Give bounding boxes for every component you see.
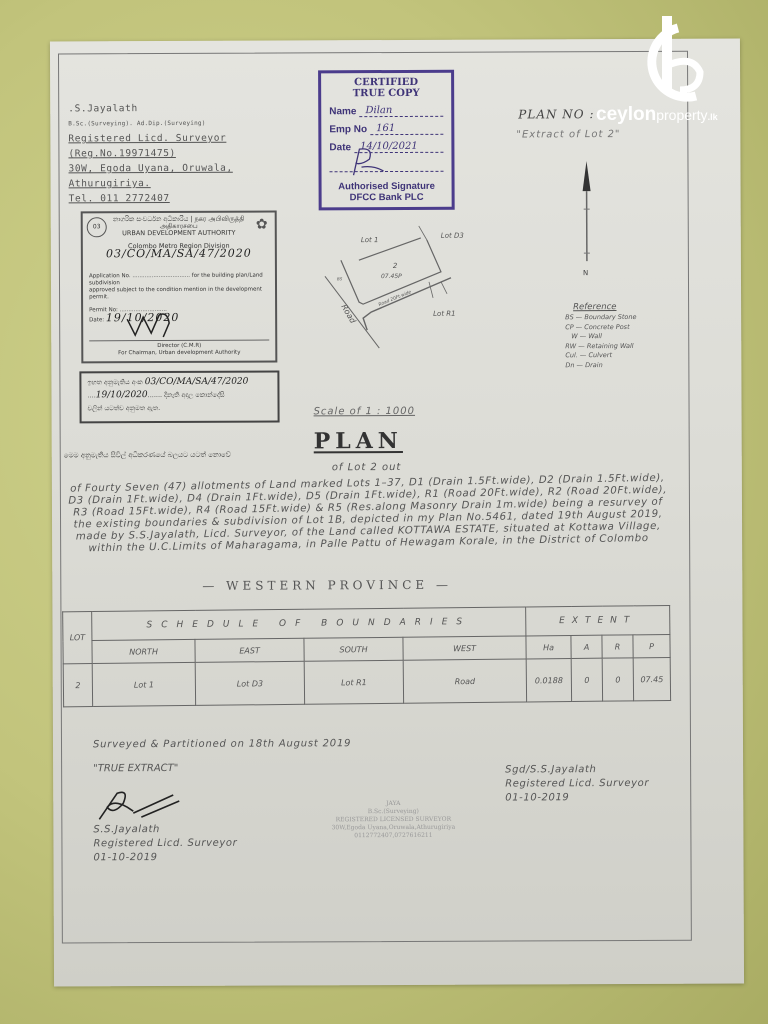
faded-stamp-line: 0112772407,0727616211 [313, 832, 473, 841]
surveyor-tel: Tel. 011 2772407 [69, 191, 233, 207]
cell-a: 0 [571, 658, 602, 701]
uda-approved-line: approved subject to the condition mentio… [89, 287, 269, 302]
approval-reference-box: ඉහත අනුමැතිය අංක 03/CO/MA/SA/47/2020 ...… [79, 371, 279, 424]
uda-date-label: Date: [89, 317, 104, 323]
col-p: P [633, 634, 670, 657]
right-signatory: Sgd/S.S.Jayalath Registered Licd. Survey… [505, 763, 649, 806]
reference-item: Dn — Drain [565, 360, 636, 370]
lot-sketch-map: Lot 1 Lot D3 2 07.45P Road Road 20Ft.wid… [301, 220, 512, 351]
cell-lot: 2 [63, 664, 92, 707]
surveyed-date: Surveyed & Partitioned on 18th August 20… [93, 738, 351, 750]
surveyor-address-line1: 30W, Egoda Uyana, Oruwala, [68, 161, 232, 177]
stamp-name-value: Dilan [359, 105, 443, 117]
col-a: A [571, 635, 602, 658]
plan-title: PLAN [314, 428, 403, 454]
sketch-lot-number: 2 [393, 262, 398, 270]
surveyor-header: .S.Jayalath B.Sc.(Surveying). Ad.Dip.(Su… [68, 101, 233, 207]
approval-line3: වලින් යටත්ව අනුමත ඇත. [88, 402, 272, 416]
stamp-emp-row: Emp No 161 [329, 123, 451, 136]
stamp-name-row: Name Dilan [329, 105, 451, 118]
reference-legend: Reference BS — Boundary Stone CP — Concr… [565, 301, 637, 370]
stamp-bank-name: DFCC Bank PLC [322, 192, 452, 204]
surveyor-signature-icon [93, 785, 183, 825]
right-signatory-date: 01-10-2019 [505, 791, 649, 806]
watermark-brand-regular: property [656, 107, 707, 123]
uda-signatory: Director (C.M.R) For Chairman, Urban dev… [89, 340, 269, 358]
approval-ref-no: 03/CO/MA/SA/47/2020 [145, 377, 249, 387]
uda-badge: 03 [87, 217, 107, 237]
col-ha: Ha [526, 635, 571, 658]
stamp-emp-label: Emp No [329, 124, 367, 135]
col-east: EAST [195, 638, 304, 662]
surveyor-reg-no: (Reg.No.19971475) [68, 146, 232, 162]
surveyor-name: .S.Jayalath [68, 101, 232, 117]
uda-emblem-icon: ✿ [253, 215, 271, 235]
cell-north: Lot 1 [92, 662, 195, 706]
scale-label: Scale of 1 : 1000 [314, 406, 416, 417]
col-north: NORTH [92, 639, 195, 663]
sinhala-disclaimer: මෙම අනුමැතිය සිවිල් අධිකරණයේ බලයට යටත් න… [64, 451, 231, 461]
approval-line2-suffix: දිනැති අදාල කොන්දේසි [164, 391, 224, 399]
col-south: SOUTH [304, 637, 403, 661]
stamp-name-label: Name [329, 106, 356, 117]
north-label: N [583, 269, 588, 277]
watermark-brand-bold: ceylon [596, 104, 656, 125]
right-signatory-name: Sgd/S.S.Jayalath [505, 763, 649, 778]
cell-r: 0 [602, 658, 633, 701]
col-r: R [602, 635, 633, 658]
boundaries-header: SCHEDULE OF BOUNDARIES [92, 607, 526, 641]
reference-title: Reference [573, 301, 636, 313]
approval-line1: ඉහත අනුමැතිය අංක 03/CO/MA/SA/47/2020 [87, 376, 271, 390]
approval-date: 19/10/2020 [96, 390, 148, 400]
survey-plan-document: .S.Jayalath B.Sc.(Surveying). Ad.Dip.(Su… [50, 38, 744, 986]
faded-surveyor-stamp: JAYA B.Sc.(Surveying) REGISTERED LICENSE… [313, 800, 473, 841]
cell-west: Road [403, 659, 526, 703]
uda-authority-name: URBAN DEVELOPMENT AUTHORITY [89, 230, 269, 238]
sketch-lot-east: Lot D3 [441, 232, 464, 240]
sketch-road-label: Road [339, 303, 358, 326]
stamp-title-line1: CERTIFIED [321, 77, 451, 89]
sketch-lot-north: Lot 1 [361, 236, 379, 244]
uda-signature-scribble-icon [123, 309, 183, 339]
left-signatory-name: S.S.Jayalath [93, 823, 237, 838]
stamp-signature-label: Authorised Signature [322, 181, 452, 193]
table-row: 2 Lot 1 Lot D3 Lot R1 Road 0.0188 0 0 07… [63, 657, 670, 706]
approval-line1-prefix: ඉහත අනුමැතිය අංක [87, 378, 142, 386]
cell-ha: 0.0188 [526, 658, 571, 701]
plan-description: of Fourty Seven (47) allotments of Land … [65, 473, 670, 556]
left-signatory-title: Registered Licd. Surveyor [93, 837, 237, 852]
uda-chairman: For Chairman, Urban development Authorit… [89, 350, 269, 358]
cell-south: Lot R1 [304, 660, 403, 704]
left-signatory: S.S.Jayalath Registered Licd. Surveyor 0… [93, 823, 237, 866]
north-arrow-icon: N [576, 159, 597, 279]
watermark-brand-tld: .lk [708, 112, 718, 122]
watermark-brand: ceylonproperty.lk [596, 104, 718, 126]
authorised-signature-scribble-icon [343, 145, 393, 177]
sketch-boundary-marker: BS [337, 276, 343, 281]
left-signatory-date: 01-10-2019 [93, 851, 237, 866]
uda-reference-number: 03/CO/MA/SA/47/2020 [89, 250, 269, 258]
certified-true-copy-stamp: CERTIFIED TRUE COPY Name Dilan Emp No 16… [318, 70, 455, 211]
province-label: — WESTERN PROVINCE — [202, 578, 452, 593]
right-signatory-title: Registered Licd. Surveyor [505, 777, 649, 792]
plan-number-label: PLAN NO : [518, 107, 594, 121]
schedule-of-boundaries-table: LOT SCHEDULE OF BOUNDARIES EXTENT NORTH … [62, 605, 671, 707]
surveyor-title: Registered Licd. Surveyor [68, 131, 232, 147]
extent-header: EXTENT [526, 605, 670, 636]
reference-item: RW — Retaining Wall [565, 341, 636, 351]
reference-item: Cul. — Culvert [565, 351, 636, 361]
reference-item: CP — Concrete Post [565, 322, 636, 332]
reference-item: BS — Boundary Stone [565, 313, 636, 323]
stamp-emp-value: 161 [370, 123, 443, 135]
surveyor-address-line2: Athurugiriya. [69, 176, 233, 192]
sketch-lot-extent: 07.45P [381, 273, 402, 280]
sketch-lot-south: Lot R1 [433, 310, 456, 318]
col-west: WEST [403, 636, 526, 660]
uda-approval-stamp: 03 ✿ නාගරික සංවර්ධන අධිකාරිය | நகர அபிவி… [81, 211, 278, 364]
cell-p: 07.45 [633, 657, 670, 700]
uda-application-line: Application No. ........................… [89, 273, 269, 288]
true-extract-label: "TRUE EXTRACT" [93, 763, 178, 774]
surveyor-qualifications: B.Sc.(Surveying). Ad.Dip.(Surveying) [68, 116, 232, 132]
cell-east: Lot D3 [195, 661, 304, 705]
approval-line2: ....19/10/2020....... දිනැති අදාල කොන්දේ… [87, 389, 271, 403]
uda-application-no-label: Application No. [89, 273, 131, 279]
plan-subtitle: of Lot 2 out [332, 462, 402, 473]
reference-item: W — Wall [565, 332, 636, 342]
stamp-footer: Authorised Signature DFCC Bank PLC [322, 181, 452, 204]
lot-header: LOT [63, 612, 93, 664]
sketch-road-inner: Road 20Ft.wide [378, 289, 413, 308]
stamp-title-line2: TRUE COPY [321, 88, 451, 100]
